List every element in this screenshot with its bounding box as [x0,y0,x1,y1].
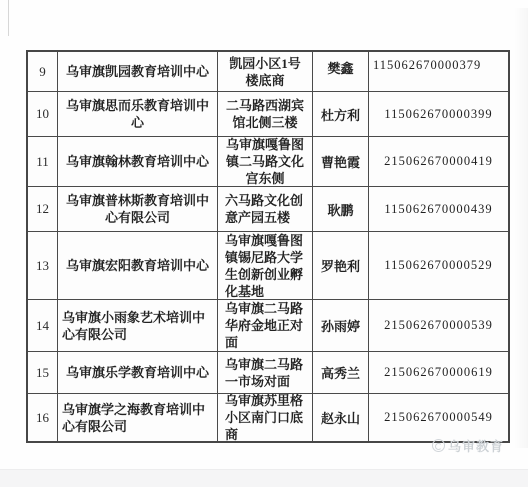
table-row: 13 乌审旗宏阳教育培训中心 乌审旗嘎鲁图镇锡尼路大学生创新创业孵化基地 罗艳利… [28,232,508,300]
contact-name-cell: 樊鑫 [313,52,369,91]
contact-name-cell: 孙雨婷 [313,300,369,351]
address-cell: 乌审旗嘎鲁图镇锡尼路大学生创新创业孵化基地 [218,232,313,299]
watermark: 乌审教育 [432,437,504,453]
table-row: 15 乌审旗乐学教育培训中心 乌审旗二马路一市场对面 高秀兰 215062670… [28,352,508,394]
contact-name-cell: 杜方利 [313,92,369,136]
table-row: 12 乌审旗普林斯教育培训中心有限公司 六马路文化创意产园五楼 耿鹏 11506… [28,187,508,232]
row-number-cell: 10 [28,92,58,136]
contact-name-cell: 耿鹏 [313,187,369,231]
row-number-cell: 12 [28,187,58,231]
center-name-cell: 乌审旗小雨象艺术培训中心有限公司 [58,300,218,351]
row-number-cell: 9 [28,52,58,91]
scan-shadow [514,8,528,448]
center-name-cell: 乌审旗宏阳教育培训中心 [58,232,218,299]
license-code-cell: 215062670000539 [369,300,508,351]
license-code-cell: 215062670000549 [369,394,508,441]
watermark-logo-icon [432,439,445,452]
license-code-cell: 115062670000379 [369,52,508,91]
center-name-cell: 乌审旗凯园教育培训中心 [58,52,218,91]
contact-name-cell: 罗艳利 [313,232,369,299]
table-row: 11 乌审旗翰林教育培训中心 乌审旗嘎鲁图镇二马路文化宫东侧 曹艳霞 21506… [28,137,508,187]
row-number-cell: 11 [28,137,58,186]
address-cell: 乌审旗苏里格小区南门口底商 [218,394,313,441]
address-cell: 乌审旗二马路一市场对面 [218,352,313,393]
center-name-cell: 乌审旗普林斯教育培训中心有限公司 [58,187,218,231]
center-name-cell: 乌审旗乐学教育培训中心 [58,352,218,393]
address-cell: 乌审旗嘎鲁图镇二马路文化宫东侧 [218,137,313,186]
scan-edge-artifact [8,0,9,36]
address-cell: 乌审旗二马路华府金地正对面 [218,300,313,351]
address-cell: 凯园小区1号楼底商 [218,52,313,91]
row-number-cell: 13 [28,232,58,299]
license-code-cell: 215062670000619 [369,352,508,393]
table-row: 14 乌审旗小雨象艺术培训中心有限公司 乌审旗二马路华府金地正对面 孙雨婷 21… [28,300,508,352]
row-number-cell: 16 [28,394,58,441]
contact-name-cell: 赵永山 [313,394,369,441]
license-code-cell: 115062670000439 [369,187,508,231]
contact-name-cell: 曹艳霞 [313,137,369,186]
table-row: 16 乌审旗学之海教育培训中心有限公司 乌审旗苏里格小区南门口底商 赵永山 21… [28,394,508,441]
table-row: 10 乌审旗思而乐教育培训中心 二马路西湖宾馆北侧三楼 杜方利 11506267… [28,92,508,137]
center-name-cell: 乌审旗思而乐教育培训中心 [58,92,218,136]
address-cell: 二马路西湖宾馆北侧三楼 [218,92,313,136]
license-code-cell: 115062670000399 [369,92,508,136]
license-code-cell: 215062670000419 [369,137,508,186]
address-cell: 六马路文化创意产园五楼 [218,187,313,231]
watermark-text: 乌审教育 [448,436,504,455]
training-center-table: 9 乌审旗凯园教育培训中心 凯园小区1号楼底商 樊鑫 1150626700003… [26,50,510,443]
table-row: 9 乌审旗凯园教育培训中心 凯园小区1号楼底商 樊鑫 1150626700003… [28,52,508,92]
center-name-cell: 乌审旗学之海教育培训中心有限公司 [58,394,218,441]
row-number-cell: 15 [28,352,58,393]
page-bottom-strip [0,469,528,487]
center-name-cell: 乌审旗翰林教育培训中心 [58,137,218,186]
license-code-cell: 115062670000529 [369,232,508,299]
row-number-cell: 14 [28,300,58,351]
contact-name-cell: 高秀兰 [313,352,369,393]
